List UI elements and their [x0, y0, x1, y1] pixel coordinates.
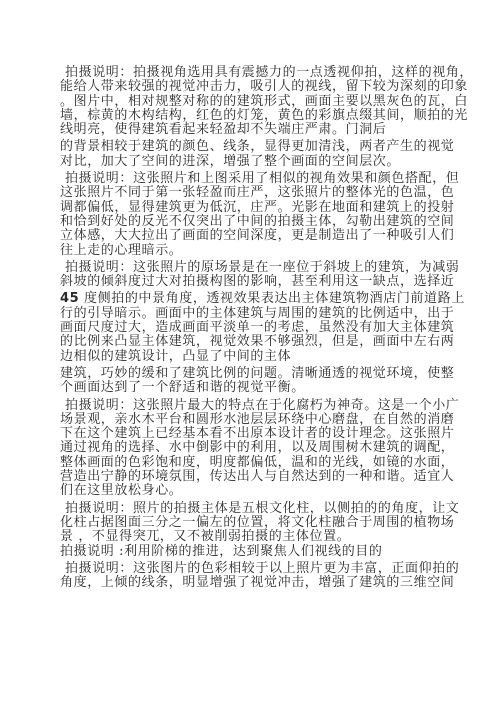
- text-line: 拍摄说明：照片的拍摄主体是五根文化柱，以侧拍的的角度，让文: [60, 502, 410, 516]
- text-line: 个画面达到了一个舒适和谐的视觉平衡。: [60, 381, 410, 395]
- paragraph-8: 拍摄说明：照片的拍摄主体是五根文化柱，以侧拍的的角度，让文 化柱占据图面三分之一…: [60, 502, 410, 559]
- text-line-rest: 度侧拍的中景角度，透视效果表达出主体建筑物酒店门前道路上: [79, 291, 465, 306]
- paragraph-3: 拍摄说明：这张照片和上图采用了相似的视角效果和颜色搭配，但 这张照片不同于第一张…: [60, 172, 410, 258]
- text-line: 拍摄说明：这张图片的色彩相较于以上照片更为丰富，正面仰拍的: [60, 562, 410, 576]
- paragraph-6: 建筑，巧妙的缓和了建筑比例的问题。清晰通透的视觉环境，使整 个画面达到了一个舒适…: [60, 367, 410, 396]
- text-line: 场景观，亲水木平台和圆形水池层层环绕中心磨盘，在自然的消磨: [60, 413, 410, 427]
- text-line: 的比例来凸显主体建筑，视觉效果不够强烈，但是，画面中左右两: [60, 335, 410, 349]
- text-line: 拍摄说明：这张照片最大的特点在于化腐朽为神奇。这是一个小广: [60, 399, 410, 413]
- document-page: 拍摄说明：拍摄视角选用具有震撼力的一点透视仰拍，这样的视角， 能给人带来较强的视…: [60, 66, 410, 593]
- text-line: 线明亮，使得建筑看起来轻盈却不失端庄严肃。门洞后: [60, 123, 410, 137]
- text-line: 边相似的建筑设计，凸显了中间的主体: [60, 350, 410, 364]
- text-line: 角度，上倾的线条，明显增强了视觉冲击，增强了建筑的三维空间: [60, 576, 410, 590]
- paragraph-7: 拍摄说明：这张照片最大的特点在于化腐朽为神奇。这是一个小广 场景观，亲水木平台和…: [60, 399, 410, 499]
- angle-number: 45: [60, 291, 79, 306]
- text-line: 45 度侧拍的中景角度，透视效果表达出主体建筑物酒店门前道路上: [60, 292, 410, 306]
- text-line: 。图片中，相对规整对称的的建筑形式，画面主要以黑灰色的瓦，白: [60, 95, 410, 109]
- text-line: 立体感，大大拉出了画面的空间深度，更是制造出了一种吸引人们: [60, 229, 410, 243]
- paragraph-9: 拍摄说明：这张图片的色彩相较于以上照片更为丰富，正面仰拍的 角度，上倾的线条，明…: [60, 562, 410, 591]
- text-line: 往上走的心理暗示。: [60, 244, 410, 258]
- text-line: 拍摄说明：这张照片的原场景是在一座位于斜坡上的建筑，为减弱: [60, 261, 410, 275]
- text-line: 景 ，不显得突兀，又不被削弱拍摄的主体位置。: [60, 530, 410, 544]
- text-line: 能给人带来较强的视觉冲击力，吸引人的视线，留下较为深刻的印象: [60, 80, 410, 94]
- paragraph-2: 的背景相较于建筑的颜色、线条，显得更加清浅，两者产生的视觉 对比，加大了空间的进…: [60, 140, 410, 169]
- text-line: 对比，加大了空间的进深，增强了整个画面的空间层次。: [60, 155, 410, 169]
- text-line: 通过视角的选择、水中倒影中的利用，以及周围树木建筑的调配，: [60, 441, 410, 455]
- paragraph-1: 拍摄说明：拍摄视角选用具有震撼力的一点透视仰拍，这样的视角， 能给人带来较强的视…: [60, 66, 410, 137]
- text-line: 整体画面的色彩饱和度，明度都偏低，温和的光线，如镜的水面，: [60, 456, 410, 470]
- text-line: 这张照片不同于第一张轻盈而庄严，这张照片的整体光的色温，色: [60, 186, 410, 200]
- text-line: 行的引导暗示。画面中的主体建筑与周围的建筑的比例适中，出于: [60, 307, 410, 321]
- text-line: 拍摄说明 :利用阶梯的推进，达到聚焦人们视线的目的: [60, 545, 410, 559]
- paragraph-4: 拍摄说明：这张照片的原场景是在一座位于斜坡上的建筑，为减弱 斜坡的倾斜度过大对拍…: [60, 261, 410, 290]
- text-line: 调都偏低，显得建筑更为低沉，庄严。光影在地面和建筑上的投射: [60, 201, 410, 215]
- paragraph-5: 45 度侧拍的中景角度，透视效果表达出主体建筑物酒店门前道路上 行的引导暗示。画…: [60, 292, 410, 363]
- text-line: 们在这里放松身心。: [60, 484, 410, 498]
- text-line: 斜坡的倾斜度过大对拍摄构图的影响，甚至利用这一缺点，选择近: [60, 275, 410, 289]
- text-line: 的背景相较于建筑的颜色、线条，显得更加清浅，两者产生的视觉: [60, 140, 410, 154]
